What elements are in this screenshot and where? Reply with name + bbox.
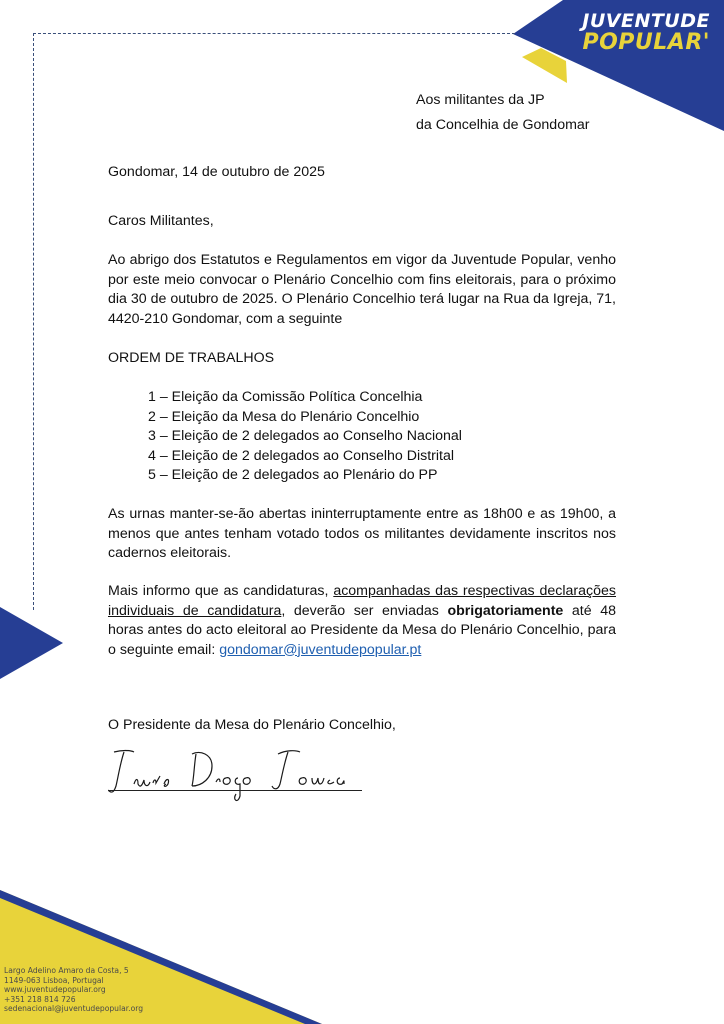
recipient-line2: da Concelhia de Gondomar xyxy=(416,113,590,138)
letter-date: Gondomar, 14 de outubro de 2025 xyxy=(108,163,325,183)
footer-website[interactable]: www.juventudepopular.org xyxy=(4,985,143,995)
paragraph-candidacies: Mais informo que as candidaturas, acompa… xyxy=(108,582,616,660)
dashed-border-top xyxy=(33,33,515,34)
footer-contact: Largo Adelino Amaro da Costa, 5 1149-063… xyxy=(4,966,143,1014)
agenda-item: 5 – Eleição de 2 delegados ao Plenário d… xyxy=(148,466,462,486)
agenda-item: 4 – Eleição de 2 delegados ao Conselho D… xyxy=(148,447,462,467)
footer-address2: 1149-063 Lisboa, Portugal xyxy=(4,976,143,986)
juventude-popular-logo: JUVENTUDE POPULAR' xyxy=(582,12,710,54)
agenda-list: 1 – Eleição da Comissão Política Concelh… xyxy=(148,388,462,486)
paragraph-convocation: Ao abrigo dos Estatutos e Regulamentos e… xyxy=(108,251,616,329)
dashed-border-left xyxy=(33,33,34,610)
text-run: , deverão ser enviadas xyxy=(281,603,447,619)
email-link[interactable]: gondomar@juventudepopular.pt xyxy=(219,642,421,658)
recipient-block: Aos militantes da JP da Concelhia de Gon… xyxy=(416,88,590,138)
logo-line2: POPULAR' xyxy=(582,32,710,54)
footer-phone: +351 218 814 726 xyxy=(4,995,143,1005)
footer-address1: Largo Adelino Amaro da Costa, 5 xyxy=(4,966,143,976)
agenda-item: 2 – Eleição da Mesa do Plenário Concelhi… xyxy=(148,408,462,428)
greeting: Caros Militantes, xyxy=(108,212,214,232)
paragraph-voting-hours: As urnas manter-se-ão abertas ininterrup… xyxy=(108,505,616,564)
bold-emphasis: obrigatoriamente xyxy=(447,603,563,619)
logo-line1: JUVENTUDE xyxy=(582,12,710,31)
signature xyxy=(108,748,362,808)
top-yellow-accent xyxy=(522,48,567,83)
text-run: Mais informo que as candidaturas, xyxy=(108,583,333,599)
left-blue-triangle xyxy=(0,607,63,679)
agenda-item: 1 – Eleição da Comissão Política Concelh… xyxy=(148,388,462,408)
recipient-line1: Aos militantes da JP xyxy=(416,88,590,113)
agenda-title: ORDEM DE TRABALHOS xyxy=(108,349,274,369)
agenda-item: 3 – Eleição de 2 delegados ao Conselho N… xyxy=(148,427,462,447)
closing-line: O Presidente da Mesa do Plenário Concelh… xyxy=(108,716,396,736)
footer-email[interactable]: sedenacional@juventudepopular.org xyxy=(4,1004,143,1014)
signature-line xyxy=(108,790,362,791)
